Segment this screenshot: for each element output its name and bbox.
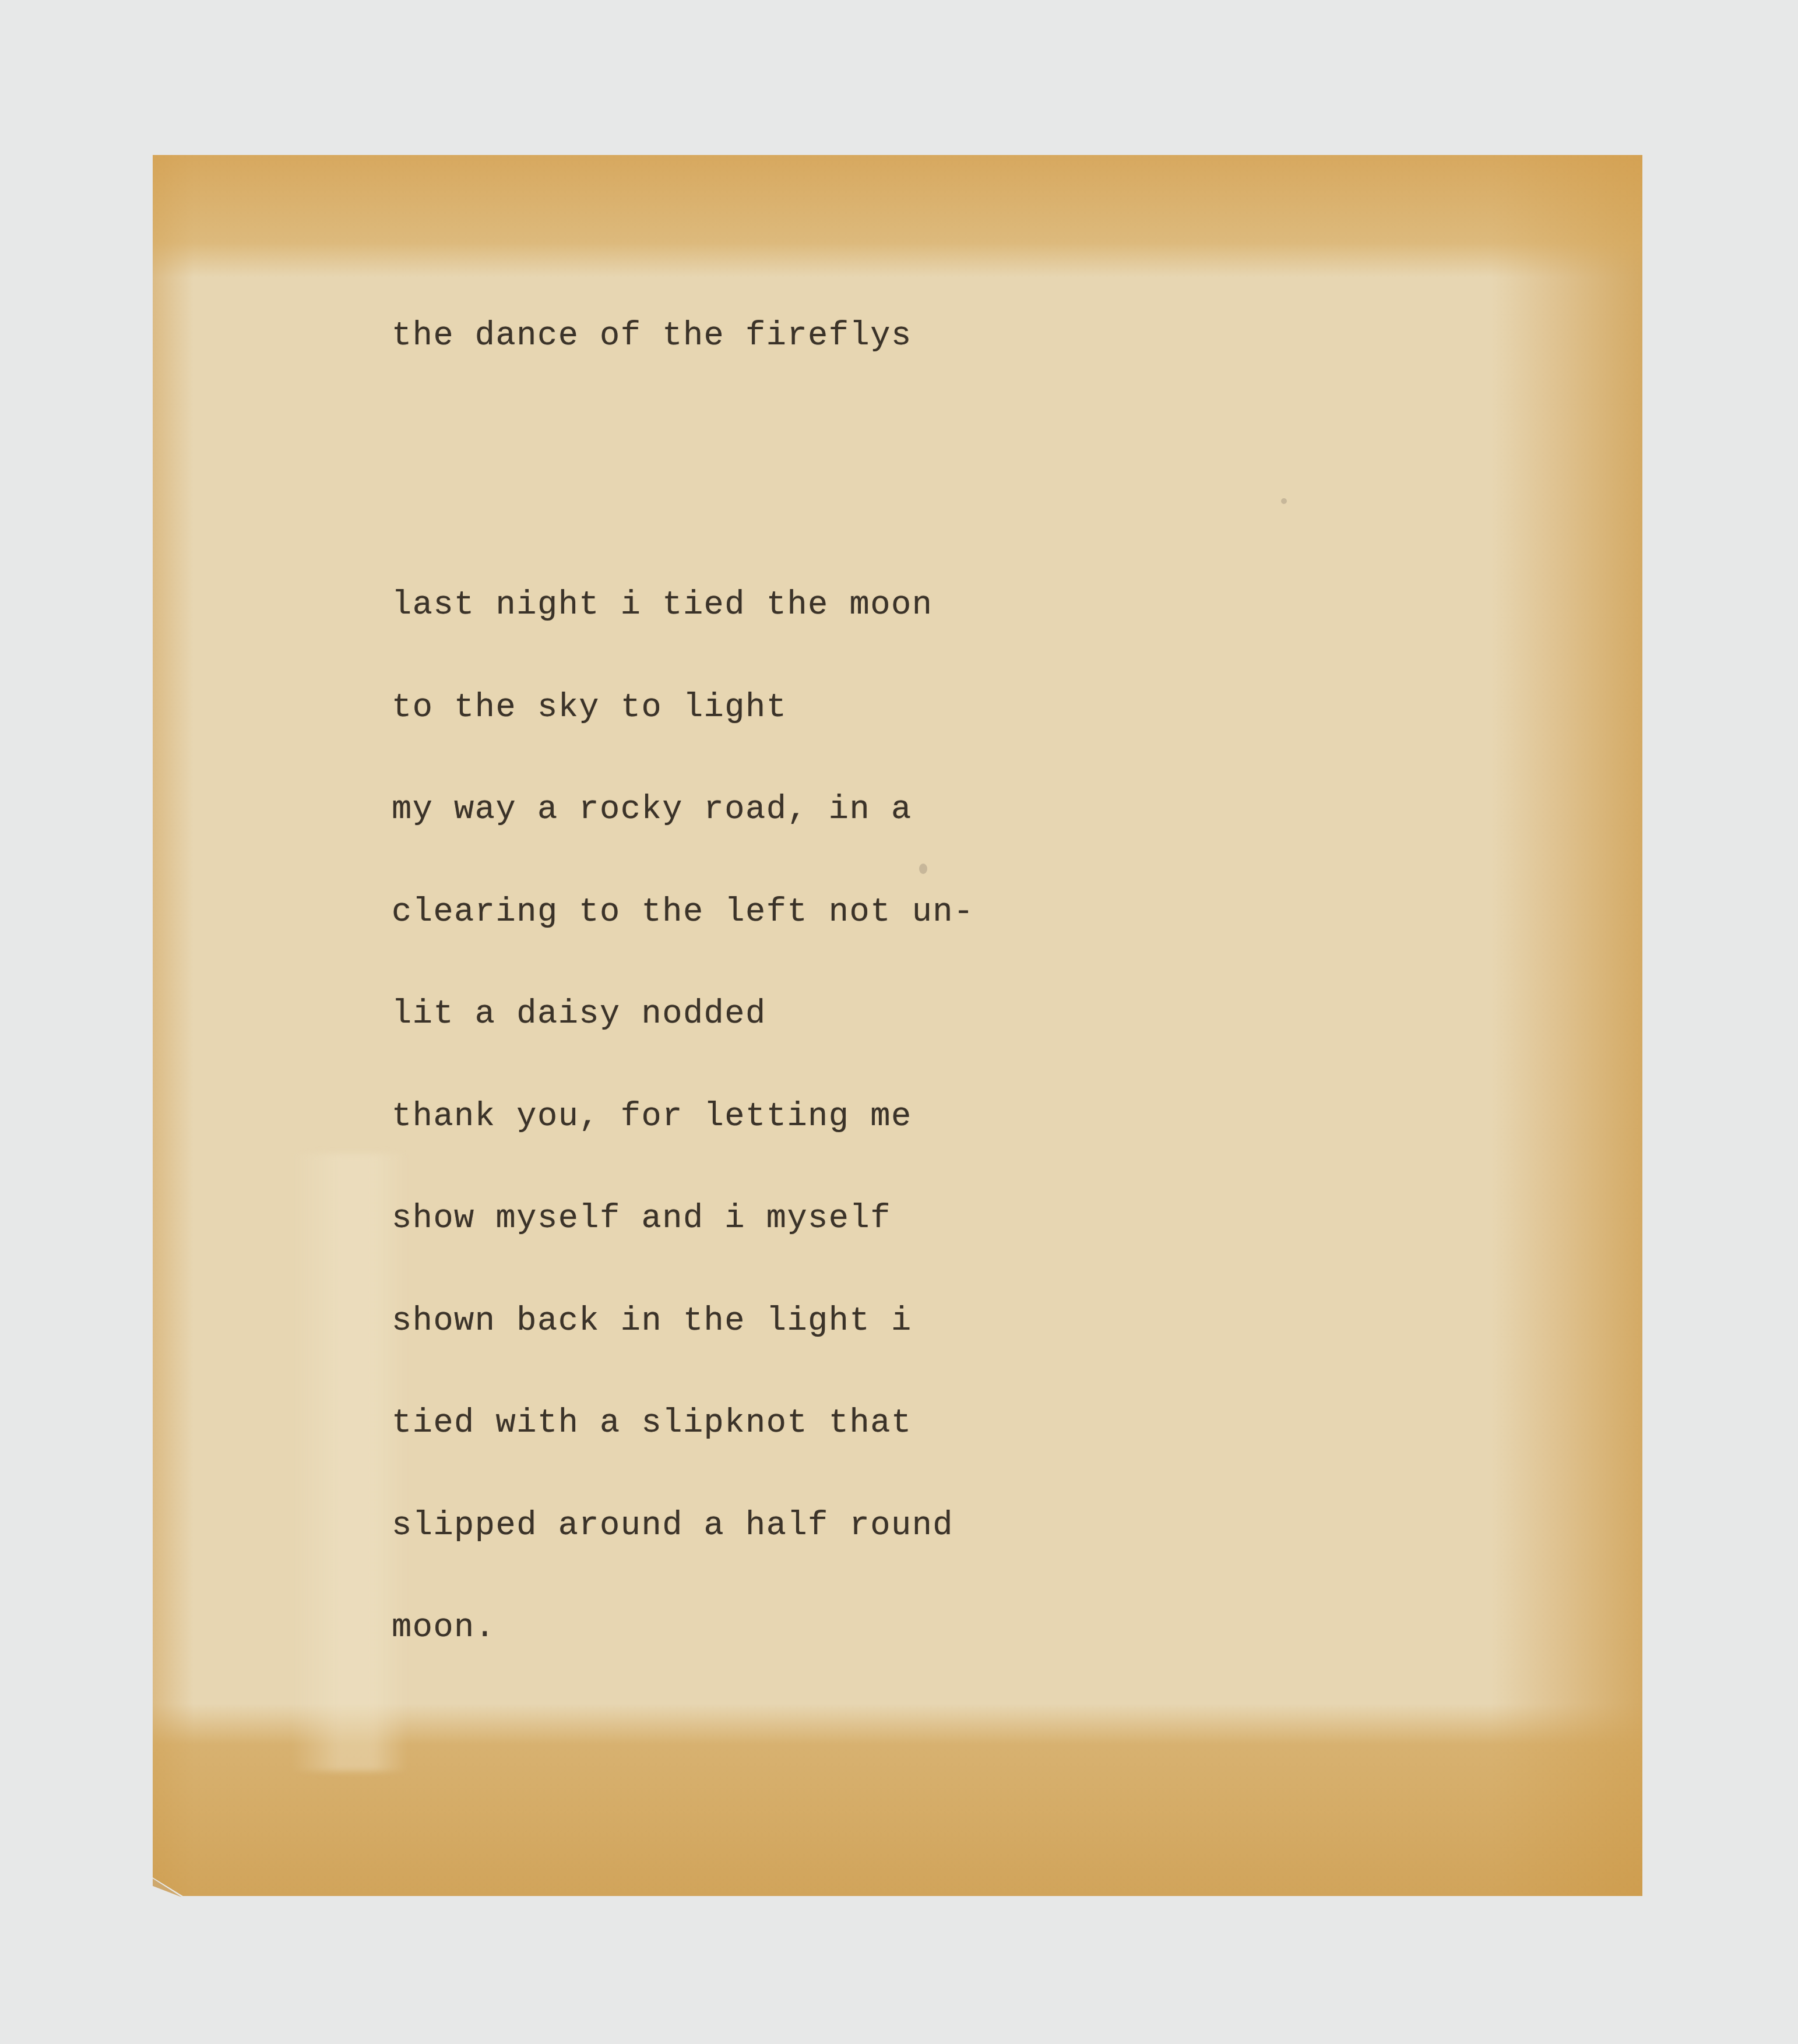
poem-line: last night i tied the moon	[392, 588, 974, 623]
poem-body: last night i tied the moon to the sky to…	[392, 520, 974, 1679]
poem-line: tied with a slipknot that	[392, 1407, 974, 1441]
poem-line: clearing to the left not un-	[392, 896, 974, 930]
poem-line: slipped around a half round	[392, 1509, 974, 1543]
faded-watermark	[291, 1154, 408, 1771]
poem-line: to the sky to light	[392, 691, 974, 725]
poem-line: thank you, for letting me	[392, 1100, 974, 1134]
poem-line: my way a rocky road, in a	[392, 793, 974, 827]
poem-line: moon.	[392, 1611, 974, 1645]
paper-speck	[1281, 498, 1287, 504]
poem-line: lit a daisy nodded	[392, 998, 974, 1032]
poem-title: the dance of the fireflys	[392, 319, 912, 354]
poem-line: shown back in the light i	[392, 1305, 974, 1339]
poem-line: show myself and i myself	[392, 1202, 974, 1236]
paper-speck	[919, 864, 927, 874]
